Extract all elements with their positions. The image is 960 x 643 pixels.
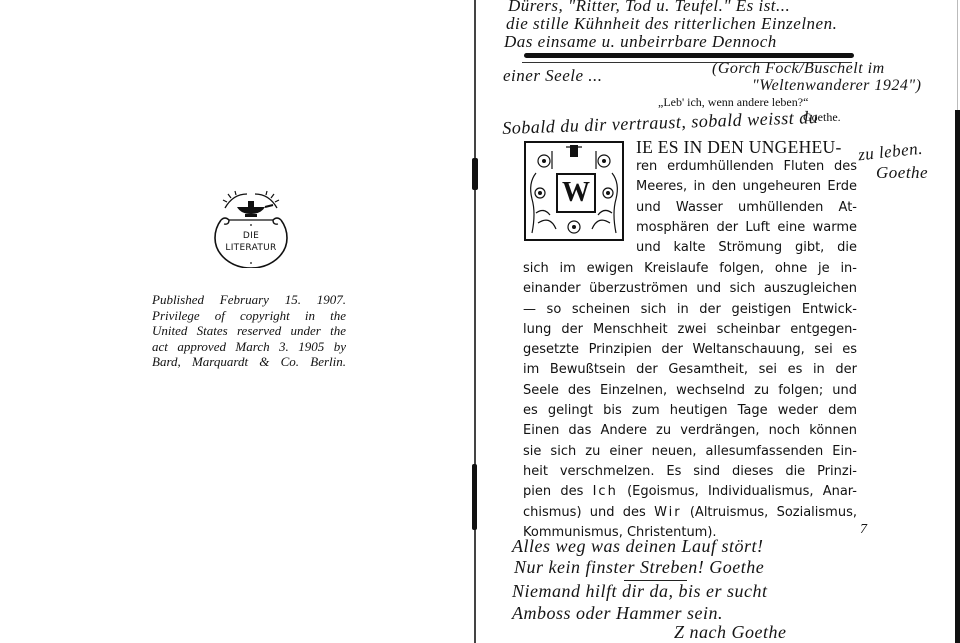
text-line: Einen das Andere zu verdrängen, noch kön… — [523, 421, 857, 441]
binding-staple-bottom — [472, 464, 477, 530]
handwritten-note-line: einer Seele ... — [503, 66, 603, 86]
handwritten-bottom-line: Alles weg was deinen Lauf stört! — [512, 536, 764, 557]
emphasized-word-ich: Ich — [593, 484, 618, 499]
logo-text-literatur: LITERATUR — [207, 243, 295, 253]
text-line: sich im ewigen Kreislaufe folgen, ohne j… — [523, 259, 857, 279]
handwritten-bottom-attribution: Z nach Goethe — [674, 622, 786, 643]
imprint-line: Privilege of copyright in the — [152, 308, 346, 324]
handwritten-bottom-line: Amboss oder Hammer sein. — [512, 603, 723, 624]
text-line: und kalte Strömung gibt, die — [636, 238, 857, 258]
text-line: ren erdumhüllenden Fluten des — [636, 157, 857, 177]
text-line: sie sich zu einer neuen, allesumfassende… — [523, 442, 857, 462]
book-spine — [474, 0, 476, 643]
text-line: im Bewußtsein der Gesamtheit, sei es in … — [523, 360, 857, 380]
text-line: Meeres, in den ungeheuren Erde — [636, 177, 857, 197]
handwritten-note-line: Das einsame u. unbeirrbare Dennoch — [504, 32, 777, 52]
page-edge-shadow — [955, 110, 960, 643]
text-fragment: chismus) und des — [523, 505, 646, 520]
text-line: gesetzte Prinzipien der Weltanschauung, … — [523, 340, 857, 360]
imprint-line: Published February 15. 1907. — [152, 292, 346, 308]
body-text-main: sich im ewigen Kreislaufe folgen, ohne j… — [523, 259, 857, 543]
text-line: mosphären der Luft eine warme — [636, 218, 857, 238]
page-edge-top — [957, 0, 958, 110]
text-fragment: pien des — [523, 484, 583, 499]
logo-text-die: DIE — [207, 231, 295, 241]
handwritten-bottom-line: Niemand hilft dir da, bis er sucht — [512, 581, 768, 602]
margin-mark: 7 — [860, 522, 868, 538]
imprint-line: United States reserved under the — [152, 323, 346, 339]
imprint-line: Bard, Marquardt & Co. Berlin. — [152, 354, 346, 370]
text-line: lung der Menschheit zwei scheinbar entge… — [523, 320, 857, 340]
text-line: und Wasser umhüllenden At- — [636, 198, 857, 218]
imprint-line: act approved March 3. 1905 by — [152, 339, 346, 355]
text-line: chismus) und des Wir (Altruismus, Sozial… — [523, 503, 857, 523]
binding-staple-top — [472, 158, 478, 190]
text-line: — so scheinen sich in der geistigen Entw… — [523, 300, 857, 320]
decorated-initial: W — [524, 141, 624, 241]
body-text-indented: ren erdumhüllenden Fluten des Meeres, in… — [636, 157, 857, 258]
copyright-imprint: Published February 15. 1907. Privilege o… — [152, 292, 346, 370]
initial-letter: W — [556, 173, 596, 213]
text-line: Seele des Einzelnen, wechselnd zu folgen… — [523, 381, 857, 401]
text-line: heit verschmelzen. Es sind dieses die Pr… — [523, 462, 857, 482]
handwritten-bottom-line: Nur kein finster Streben! Goethe — [514, 557, 764, 578]
handwritten-note-line: die stille Kühnheit des ritterlichen Ein… — [506, 14, 837, 34]
text-fragment: (Egoismus, Individualismus, Anar- — [627, 484, 857, 499]
handwritten-underline — [524, 53, 854, 58]
publisher-logo: DIE LITERATUR — [207, 190, 295, 268]
text-line: es gelingt bis zum heutigen Tage weder d… — [523, 401, 857, 421]
text-fragment: (Altruismus, Sozialismus, — [690, 505, 857, 520]
handwritten-citation-line: "Weltenwanderer 1924") — [752, 77, 921, 95]
handwritten-goethe-author: Goethe — [876, 163, 928, 183]
emphasized-word-wir: Wir — [654, 505, 682, 520]
oil-lamp-laurel-emblem-icon — [207, 190, 295, 268]
text-line: einander überzuströmen und sich auszugle… — [523, 279, 857, 299]
chapter-heading: IE ES IN DEN UNGEHEU- — [636, 137, 842, 158]
handwritten-citation-line: (Gorch Fock/Buschelt im — [712, 60, 885, 78]
text-line: pien des Ich (Egoismus, Individualismus,… — [523, 482, 857, 502]
